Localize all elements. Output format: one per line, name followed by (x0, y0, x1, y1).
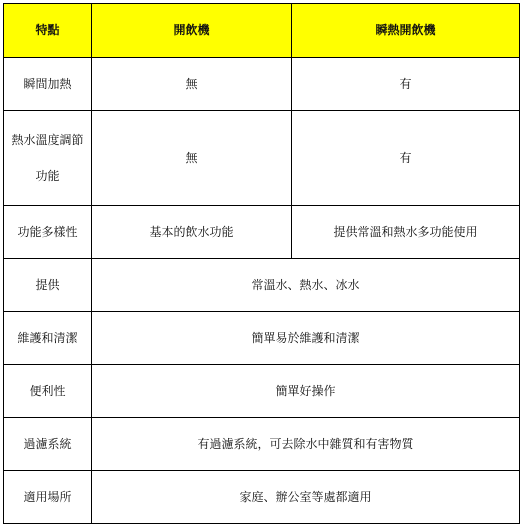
table-row: 適用場所 家庭、辦公室等處都適用 (4, 471, 520, 524)
dispenser-cell: 基本的飲水功能 (92, 206, 292, 259)
feature-cell: 功能多樣性 (4, 206, 92, 259)
merged-cell: 家庭、辦公室等處都適用 (92, 471, 520, 524)
instant-dispenser-cell: 有 (292, 111, 520, 206)
table-row: 維護和清潔 簡單易於維護和清潔 (4, 312, 520, 365)
table-row: 便利性 簡單好操作 (4, 365, 520, 418)
table-row: 瞬間加熱 無 有 (4, 58, 520, 111)
instant-dispenser-cell: 有 (292, 58, 520, 111)
feature-cell: 瞬間加熱 (4, 58, 92, 111)
feature-line-1: 熱水溫度調節 (8, 133, 87, 147)
header-feature: 特點 (4, 4, 92, 58)
merged-cell: 常溫水、熱水、冰水 (92, 259, 520, 312)
merged-cell: 有過濾系統，可去除水中雜質和有害物質 (92, 418, 520, 471)
feature-line-2: 功能 (8, 169, 87, 183)
header-water-dispenser: 開飲機 (92, 4, 292, 58)
feature-cell: 適用場所 (4, 471, 92, 524)
header-instant-hot-dispenser: 瞬熱開飲機 (292, 4, 520, 58)
feature-cell: 提供 (4, 259, 92, 312)
dispenser-cell: 無 (92, 111, 292, 206)
dispenser-cell: 無 (92, 58, 292, 111)
table-row: 熱水溫度調節 功能 無 有 (4, 111, 520, 206)
merged-cell: 簡單好操作 (92, 365, 520, 418)
comparison-table: 特點 開飲機 瞬熱開飲機 瞬間加熱 無 有 熱水溫度調節 功能 無 有 功能多樣… (3, 3, 520, 524)
instant-dispenser-cell: 提供常溫和熱水多功能使用 (292, 206, 520, 259)
table-row: 過濾系統 有過濾系統，可去除水中雜質和有害物質 (4, 418, 520, 471)
header-row: 特點 開飲機 瞬熱開飲機 (4, 4, 520, 58)
feature-cell: 過濾系統 (4, 418, 92, 471)
merged-cell: 簡單易於維護和清潔 (92, 312, 520, 365)
feature-cell: 便利性 (4, 365, 92, 418)
table-row: 提供 常溫水、熱水、冰水 (4, 259, 520, 312)
feature-cell: 維護和清潔 (4, 312, 92, 365)
feature-cell: 熱水溫度調節 功能 (4, 111, 92, 206)
table-row: 功能多樣性 基本的飲水功能 提供常溫和熱水多功能使用 (4, 206, 520, 259)
